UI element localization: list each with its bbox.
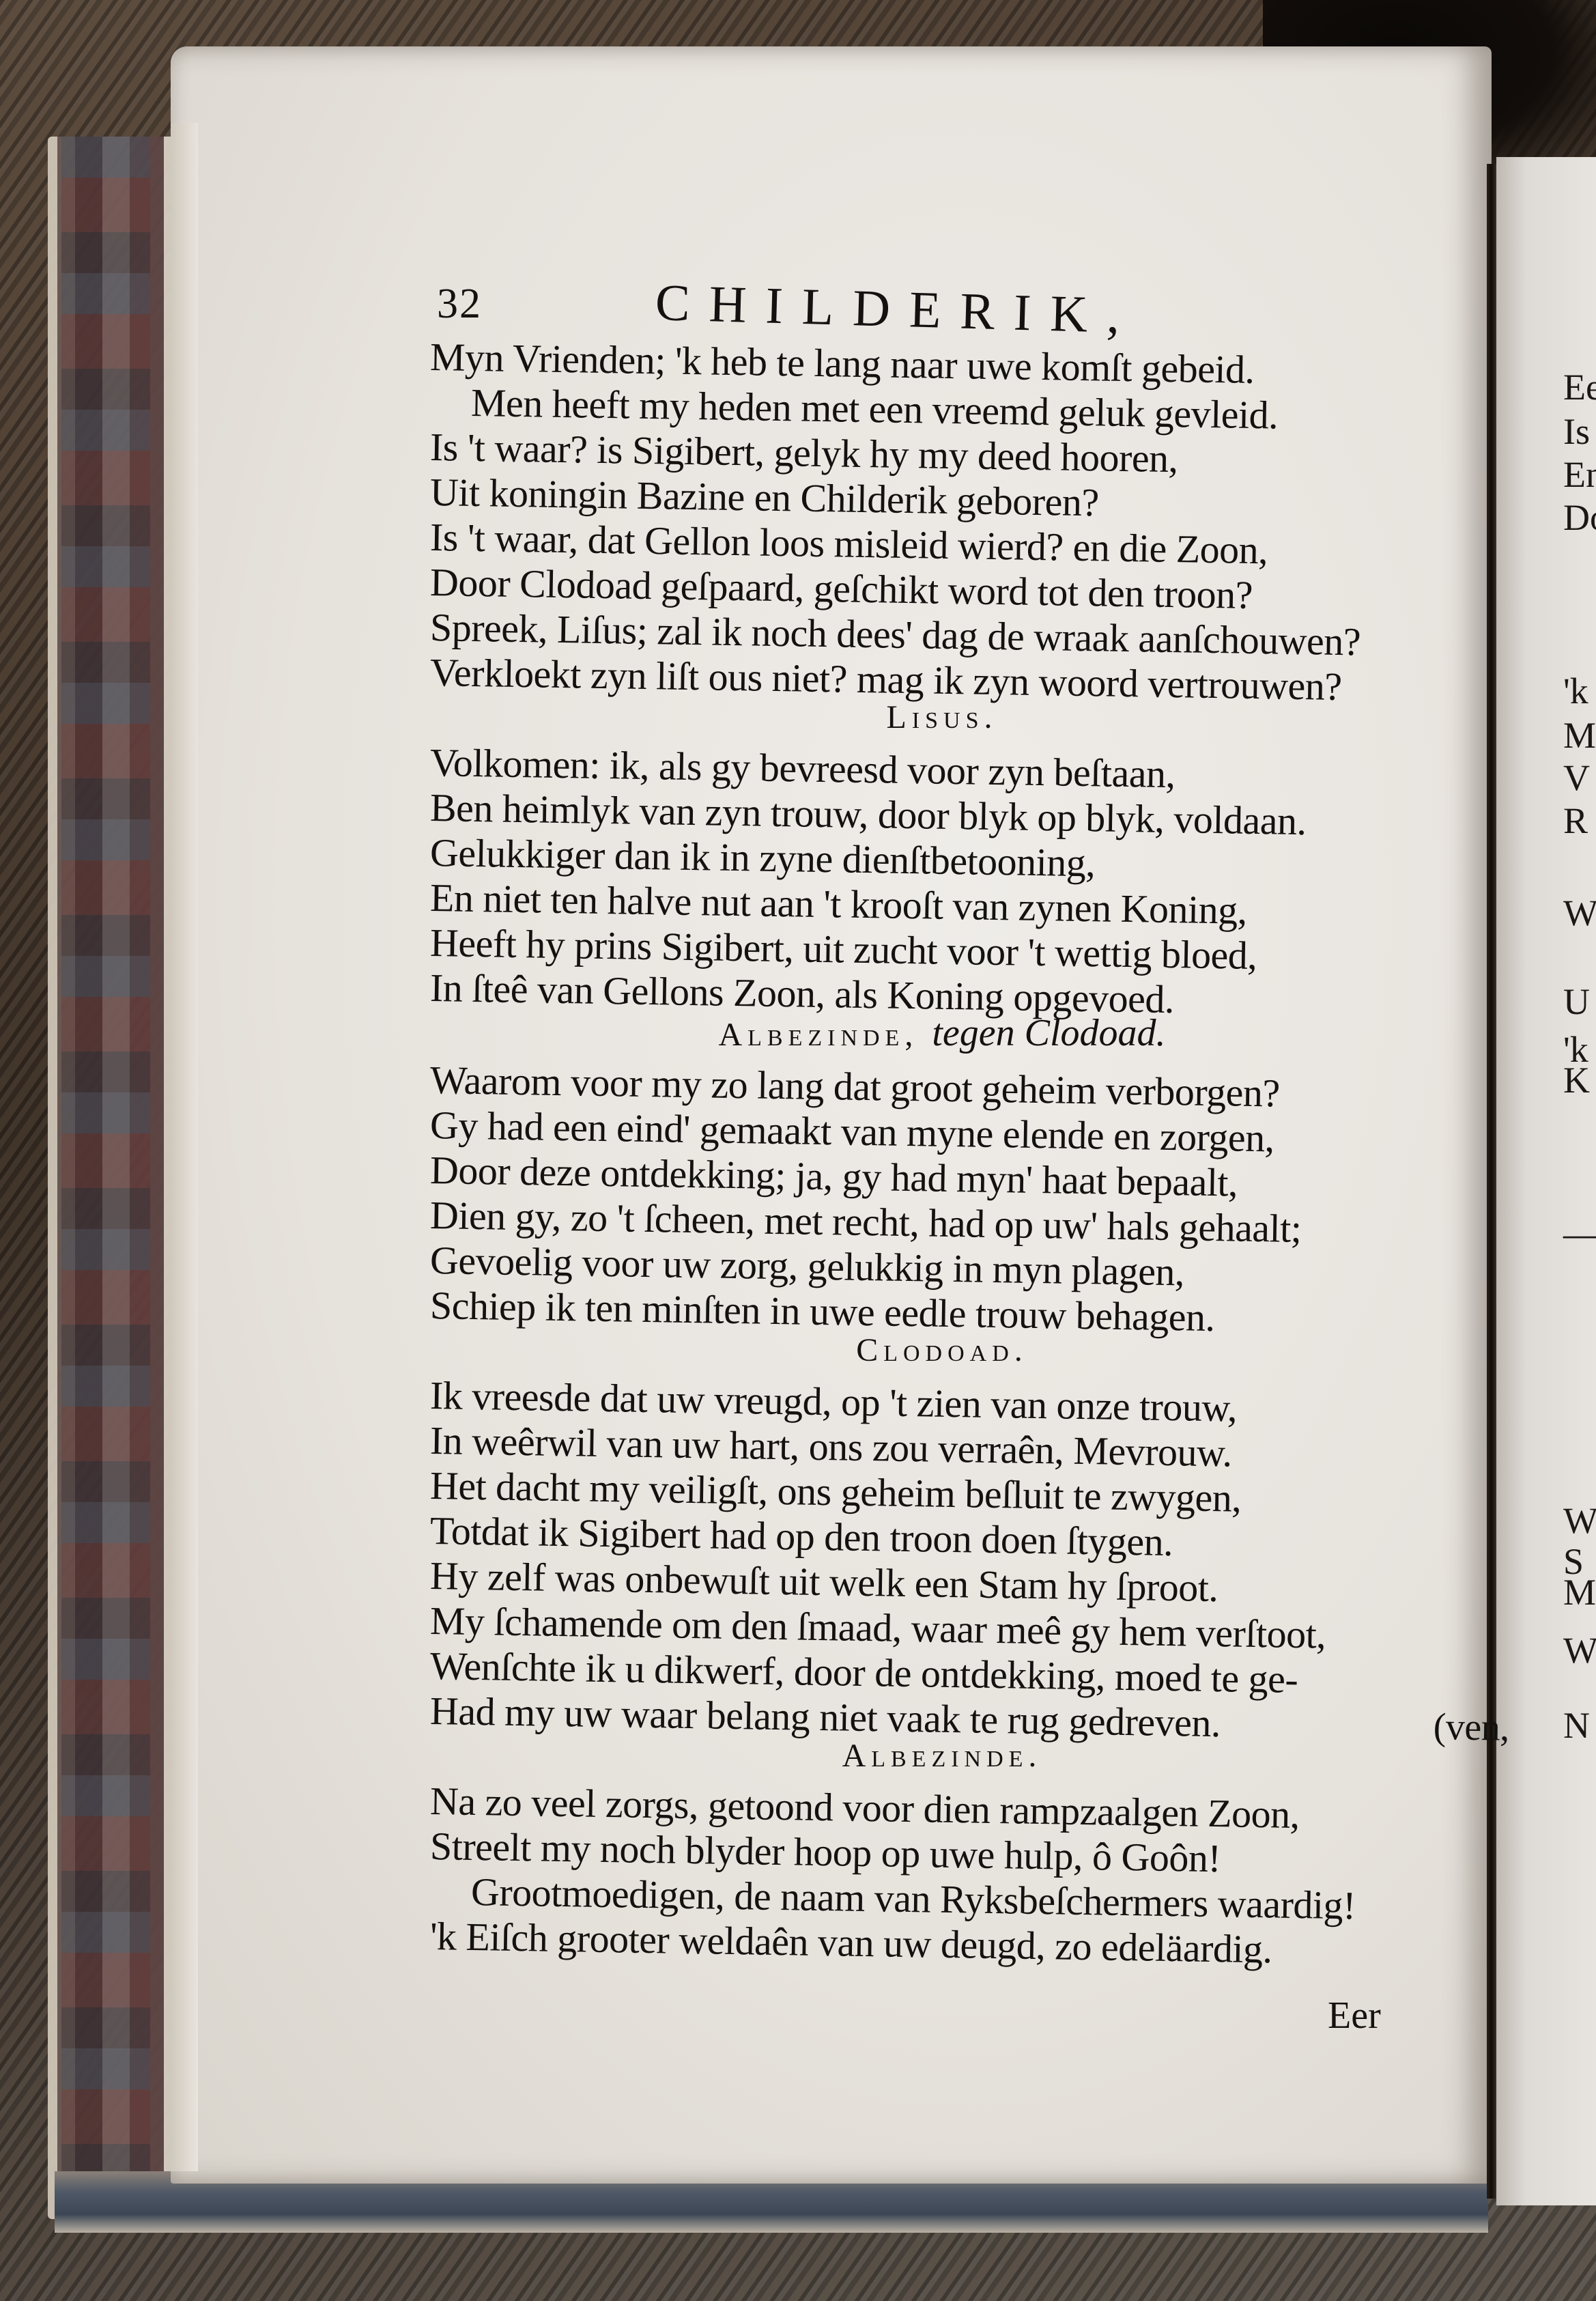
facing-fragment: Ee <box>1563 369 1596 406</box>
facing-fragment: K <box>1563 1062 1590 1099</box>
facing-fragment: En <box>1563 456 1596 493</box>
running-head: 32 CHILDERIK, <box>430 259 1454 335</box>
facing-fragment: W <box>1563 894 1596 931</box>
catchword: Eer <box>1328 1994 1381 2037</box>
facing-fragment: V <box>1563 759 1590 796</box>
running-title: CHILDERIK, <box>655 273 1140 346</box>
facing-fragment: M <box>1563 1574 1596 1611</box>
facing-fragment: Is <box>1563 413 1590 450</box>
speaker-name: Clodoad. <box>856 1332 1028 1368</box>
facing-fragment: 'k <box>1563 673 1588 709</box>
facing-fragment: N <box>1563 1707 1590 1744</box>
turnover-fragment: (ven, <box>1433 1704 1509 1751</box>
speaker-name: Lisus. <box>886 699 997 735</box>
page-deckle-edge <box>171 123 198 2171</box>
book-gutter <box>1487 164 1496 2199</box>
facing-fragment: W <box>1563 1502 1596 1539</box>
page-number: 32 <box>437 280 482 328</box>
speaker-name: Albezinde. <box>842 1738 1042 1774</box>
facing-fragment: — <box>1563 1215 1596 1252</box>
facing-fragment: M <box>1563 717 1596 754</box>
speaker-name: Albezinde, <box>718 1017 918 1053</box>
facing-fragment: W <box>1563 1632 1596 1669</box>
facing-fragment: Do <box>1563 499 1596 536</box>
page-text-block: 32 CHILDERIK, Myn Vrienden; 'k heb te la… <box>430 259 1454 1959</box>
facing-fragment: R <box>1563 802 1588 839</box>
facing-fragment: U <box>1563 983 1590 1020</box>
